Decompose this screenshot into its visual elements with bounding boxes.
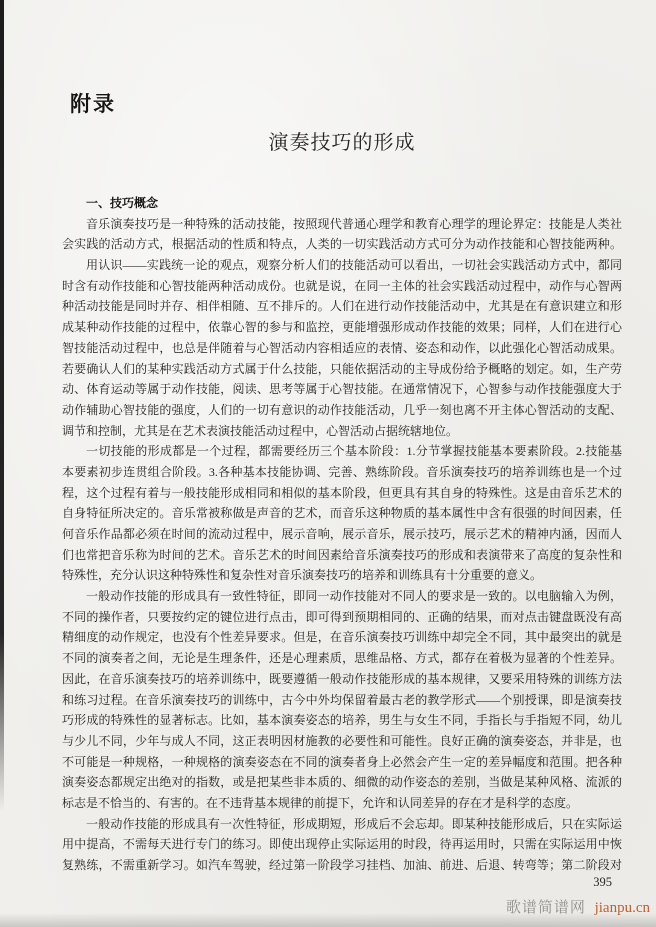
body-text: 一、技巧概念音乐演奏技巧是一种特殊的活动技能，按照现代普通心理学和教育心理学的理… [62,193,622,876]
text-line: 演奏姿态都规定出绝对的指数，或是把某些非本质的、细微的动作姿态的差别，当做是某种… [62,772,622,793]
text-line: 巧形成的特殊性的显著标志。比如，基本演奏姿态的培养，男生与女生不同，手指长与手指… [62,710,622,731]
text-line: 动作辅助心智技能的强度，人们的一切有意识的动作技能活动，几乎一刻也离不开主体心智… [62,400,622,421]
text-line: 复熟练，不需重新学习。如汽车驾驶，经过第一阶段学习挂档、加油、前进、后退、转弯等… [62,855,622,876]
text-line: 用认识——实践统一论的观点，观察分析人们的技能活动可以看出，一切社会实践活动方式… [62,255,622,276]
text-line: 不同的演奏者之间，无论是生理条件，还是心理素质，思维品格、方式，都存在着极为显著… [62,648,622,669]
text-line: 一般动作技能的形成具有一致性特征，即同一动作技能对不同人的要求是一致的。以电脑输… [62,586,622,607]
text-line: 种活动技能是同时并存、相伴相随、互不排斥的。人们在进行动作技能活动中，尤其是在有… [62,296,622,317]
text-line: 何音乐作品都必须在时间的流动过程中，展示音响，展示音乐，展示技巧，展示艺术的精神… [62,524,622,545]
text-line: 本要素初步连贯组合阶段。3.各种基本技能协调、完善、熟练阶段。音乐演奏技巧的培养… [62,462,622,483]
page-number: 395 [593,875,612,889]
text-line: 会实践的活动方式，根据活动的性质和特点，人类的一切实践活动方式可分为动作技能和心… [62,234,622,255]
text-line: 若要确认人们的某种实践活动方式属于什么技能，只能依据活动的主导成份给予概略的划定… [62,359,622,380]
text-line: 音乐演奏技巧是一种特殊的活动技能，按照现代普通心理学和教育心理学的理论界定：技能… [62,214,622,235]
page-title: 演奏技巧的形成 [62,130,622,156]
text-line: 与少儿不同，少年与成人不同，这正表明因材施教的必要性和可能性。良好正确的演奏姿态… [62,731,622,752]
text-line: 动、体育运动等属于动作技能，阅读、思考等属于心智技能。在通常情况下，心智参与动作… [62,379,622,400]
section-heading: 一、技巧概念 [62,193,622,214]
text-line: 标志是不恰当的、有害的。在不违背基本规律的前提下，允许和认同差异的存在才是科学的… [62,793,622,814]
text-line: 特殊性，充分认识这种特殊性和复杂性对音乐演奏技巧的培养和训练具有十分重要的意义。 [62,565,622,586]
text-line: 一般动作技能的形成具有一次性特征，形成期短，形成后不会忘却。即某种技能形成后，只… [62,814,622,835]
text-line: 成某种动作技能的过程中，依靠心智的参与和监控，更能增强形成动作技能的效果；同样，… [62,317,622,338]
text-line: 自身特征所决定的。音乐常被称做是声音的艺术，而音乐这种物质的基本属性中含有很强的… [62,503,622,524]
text-line: 程，这个过程有着与一般技能形成相同和相似的基本阶段，但更具有其自身的特殊性。这是… [62,483,622,504]
text-line: 智技能活动过程中，也总是伴随着与心智活动内容相适应的表情、姿态和动作，以此强化心… [62,338,622,359]
text-line: 精细度的动作规定，也没有个性差异要求。但是，在音乐演奏技巧训练中却完全不同，其中… [62,627,622,648]
text-line: 们也常把音乐称为时间的艺术。音乐艺术的时间因素给音乐演奏技巧的形成和表演带来了高… [62,545,622,566]
scan-bottom-shadow [0,913,656,927]
text-line: 调节和控制，尤其是在艺术表演技能活动过程中，心智活动占据统辖地位。 [62,421,622,442]
text-line: 和练习过程。在音乐演奏技巧的训练中，古今中外均保留着最古老的教学形式——个别授课… [62,690,622,711]
section-label: 附录 [70,93,116,117]
text-line: 用中提高，不需每天进行专门的练习。即使出现停止实际运用的时段，待再运用时，只需在… [62,834,622,855]
text-line: 一切技能的形成都是一个过程，都需要经历三个基本阶段：1.分节掌握技能基本要素阶段… [62,441,622,462]
text-line: 不同的操作者，只要按约定的键位进行点击，即可得到预期相同的、正确的结果，而对点击… [62,607,622,628]
scanned-book-page: 附录 演奏技巧的形成 一、技巧概念音乐演奏技巧是一种特殊的活动技能，按照现代普通… [0,0,656,927]
text-line: 因此，在音乐演奏技巧的培养训练中，既要遵循一般动作技能形成的基本规律，又要采用特… [62,669,622,690]
text-line: 不可能是一种规格，一种规格的演奏姿态在不同的演奏者身上必然会产生一定的差异幅度和… [62,752,622,773]
text-line: 时含有动作技能和心智技能两种活动成份。也就是说，在同一主体的社会实践活动过程中，… [62,276,622,297]
binding-shadow-line [0,0,4,812]
